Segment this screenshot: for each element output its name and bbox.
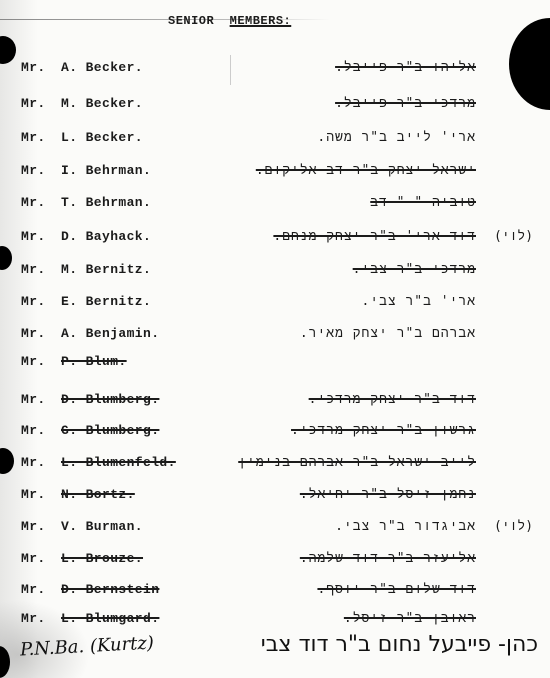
member-row: Mr.M. Becker.מרדכי ב"ר פייבל. (0, 96, 550, 120)
member-title: Mr. (21, 582, 61, 597)
member-english-name: Mr.I. Behrman. (21, 163, 151, 178)
member-name: L. Becker. (61, 130, 143, 145)
member-hebrew-name: ראובן ב"ר זיסל. (344, 611, 476, 626)
member-title: Mr. (21, 487, 61, 502)
member-title: Mr. (21, 611, 61, 626)
member-row: Mr.D. Bernsteinדוד שלום ב"ר יוסף. (0, 582, 550, 606)
member-hebrew-name: ארי' ב"ר צבי. (361, 294, 476, 309)
member-title: Mr. (21, 60, 61, 75)
member-name: N. Bortz. (61, 487, 135, 502)
member-hebrew-name: דוד שלום ב"ר יוסף. (317, 582, 476, 597)
member-title: Mr. (21, 195, 61, 210)
member-name: M. Bernitz. (61, 262, 151, 277)
member-row: Mr.L. Blumenfeld.לייב ישראל ב"ר אברהם בנ… (0, 455, 550, 479)
member-name: V. Burman. (61, 519, 143, 534)
member-english-name: Mr.A. Becker. (21, 60, 143, 75)
member-english-name: Mr.L. Blumenfeld. (21, 455, 176, 470)
member-title: Mr. (21, 294, 61, 309)
member-english-name: Mr.N. Bortz. (21, 487, 135, 502)
member-title: Mr. (21, 130, 61, 145)
member-english-name: Mr.L. Brouze. (21, 551, 143, 566)
member-row: Mr.A. Benjamin.אברהם ב"ר יצחק מאיר. (0, 326, 550, 350)
member-name: E. Bernitz. (61, 294, 151, 309)
member-name: D. Blumberg. (61, 392, 159, 407)
member-row: Mr.D. Bayhack.דוד ארי' ב"ר יצחק מנחם.(לו… (0, 229, 550, 253)
member-title: Mr. (21, 392, 61, 407)
member-hebrew-name: אביגדור ב"ר צבי. (335, 519, 476, 534)
member-note: (לוי) (494, 229, 533, 244)
member-hebrew-name: ישראל יצחק ב"ר דב אליקום. (256, 163, 476, 178)
member-english-name: Mr.T. Behrman. (21, 195, 151, 210)
member-name: A. Becker. (61, 60, 143, 75)
member-english-name: Mr.L. Becker. (21, 130, 143, 145)
member-name: T. Behrman. (61, 195, 151, 210)
member-title: Mr. (21, 262, 61, 277)
member-row: Mr.P. Blum. (0, 354, 550, 378)
member-hebrew-name: מרדכי ב"ר פייבל. (335, 96, 476, 111)
member-hebrew-name: גרשון ב"ר יצחק מרדכי. (291, 423, 476, 438)
member-row: Mr.E. Bernitz.ארי' ב"ר צבי. (0, 294, 550, 318)
page-heading: SENIOR MEMBERS: (168, 14, 291, 28)
member-hebrew-name: אליהו ב"ר פייבל. (335, 60, 476, 75)
scanned-document-page: SENIOR MEMBERS: Mr.A. Becker.אליהו ב"ר פ… (0, 0, 550, 678)
member-english-name: Mr.E. Bernitz. (21, 294, 151, 309)
member-row: Mr.G. Blumberg.גרשון ב"ר יצחק מרדכי. (0, 423, 550, 447)
member-english-name: Mr.D. Bayhack. (21, 229, 151, 244)
member-title: Mr. (21, 455, 61, 470)
member-title: Mr. (21, 326, 61, 341)
member-hebrew-name: אברהם ב"ר יצחק מאיר. (300, 326, 476, 341)
member-row: Mr.D. Blumberg.דוד ב"ר יצחק מרדכי. (0, 392, 550, 416)
member-hebrew-name: אליעזר ב"ר דוד שלמה. (300, 551, 476, 566)
member-name: D. Bernstein (61, 582, 159, 597)
member-name: G. Blumberg. (61, 423, 159, 438)
member-row: Mr.L. Brouze.אליעזר ב"ר דוד שלמה. (0, 551, 550, 575)
member-english-name: Mr.D. Blumberg. (21, 392, 159, 407)
member-title: Mr. (21, 354, 61, 369)
member-name: L. Blumgard. (61, 611, 159, 626)
member-hebrew-name: נחמן זיסל ב"ר יחיאל. (300, 487, 476, 502)
member-hebrew-name: ארי' לייב ב"ר משה. (317, 130, 476, 145)
member-name: M. Becker. (61, 96, 143, 111)
member-hebrew-name: דוד ארי' ב"ר יצחק מנחם. (273, 229, 476, 244)
member-note: (לוי) (494, 519, 533, 534)
member-row: Mr.N. Bortz.נחמן זיסל ב"ר יחיאל. (0, 487, 550, 511)
member-row: Mr.L. Becker.ארי' לייב ב"ר משה. (0, 130, 550, 154)
member-title: Mr. (21, 551, 61, 566)
member-english-name: Mr.D. Bernstein (21, 582, 159, 597)
member-name: I. Behrman. (61, 163, 151, 178)
heading-word-1: SENIOR (168, 14, 214, 28)
member-name: P. Blum. (61, 354, 127, 369)
member-english-name: Mr.P. Blum. (21, 354, 127, 369)
member-row: Mr.V. Burman.אביגדור ב"ר צבי.(לוי) (0, 519, 550, 543)
heading-word-2: MEMBERS: (230, 14, 292, 28)
member-english-name: Mr.L. Blumgard. (21, 611, 159, 626)
hebrew-signature: כהן- פייבעל נחום ב"ר דוד צבי (261, 632, 538, 657)
member-title: Mr. (21, 96, 61, 111)
member-hebrew-name: דוד ב"ר יצחק מרדכי. (309, 392, 476, 407)
member-row: Mr.I. Behrman.ישראל יצחק ב"ר דב אליקום. (0, 163, 550, 187)
member-english-name: Mr.V. Burman. (21, 519, 143, 534)
member-title: Mr. (21, 163, 61, 178)
member-row: Mr.M. Bernitz.מרדכי ב"ר צבי. (0, 262, 550, 286)
member-row: Mr.T. Behrman.טוביה " " דב (0, 195, 550, 219)
member-english-name: Mr.M. Becker. (21, 96, 143, 111)
member-english-name: Mr.G. Blumberg. (21, 423, 159, 438)
member-name: D. Bayhack. (61, 229, 151, 244)
member-title: Mr. (21, 229, 61, 244)
member-name: L. Blumenfeld. (61, 455, 176, 470)
member-english-name: Mr.A. Benjamin. (21, 326, 159, 341)
member-name: A. Benjamin. (61, 326, 159, 341)
member-name: L. Brouze. (61, 551, 143, 566)
member-hebrew-name: לייב ישראל ב"ר אברהם בנימין (238, 455, 476, 470)
member-english-name: Mr.M. Bernitz. (21, 262, 151, 277)
member-title: Mr. (21, 519, 61, 534)
member-hebrew-name: מרדכי ב"ר צבי. (353, 262, 476, 277)
member-title: Mr. (21, 423, 61, 438)
member-hebrew-name: טוביה " " דב (370, 195, 476, 210)
member-row: Mr.A. Becker.אליהו ב"ר פייבל. (0, 60, 550, 84)
